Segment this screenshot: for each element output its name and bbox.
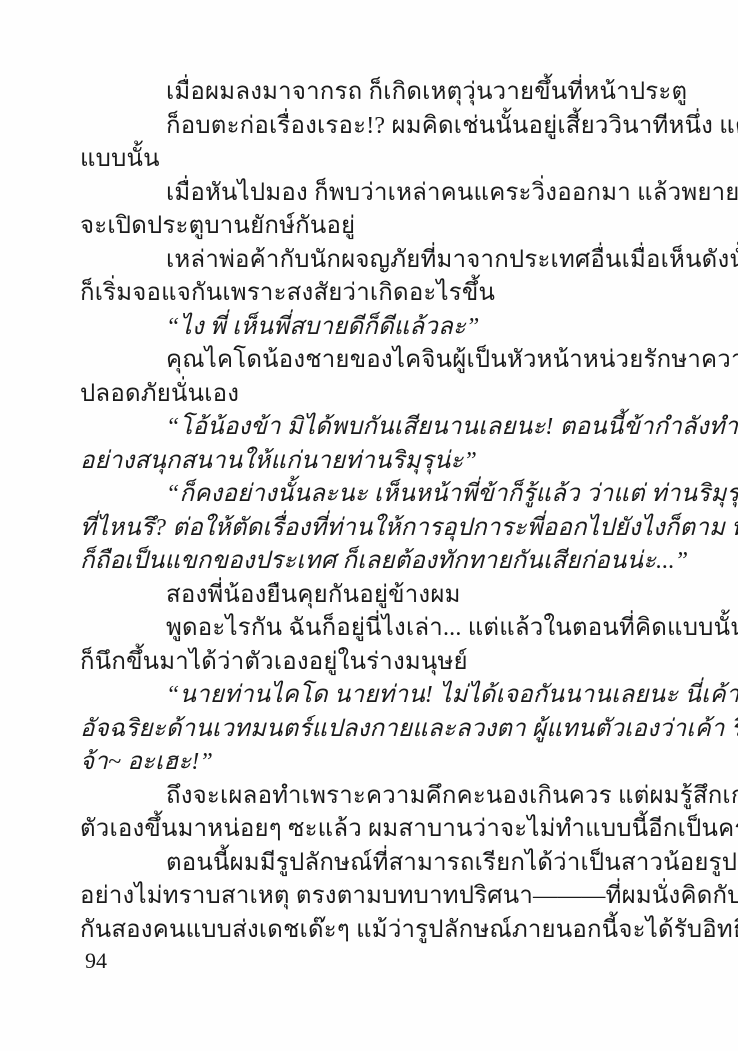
text-line: “นายท่านไคโด นายท่าน! ไม่ได้เจอกันนานเลย… (80, 679, 664, 713)
text-line: ตอนนี้ผมมีรูปลักษณ์ที่สามารถเรียกได้ว่าเ… (80, 847, 664, 881)
text-line: พูดอะไรกัน ฉันก็อยู่นี่ไงเล่า... แต่แล้ว… (80, 612, 664, 646)
text-line: ตัวเองขึ้นมาหน่อยๆ ซะแล้ว ผมสาบานว่าจะไม… (80, 813, 664, 847)
text-line: เมื่อผมลงมาจากรถ ก็เกิดเหตุวุ่นวายขึ้นที… (80, 76, 664, 110)
book-page: เมื่อผมลงมาจากรถ ก็เกิดเหตุวุ่นวายขึ้นที… (0, 0, 738, 1051)
text-line: ก็อบตะก่อเรื่องเรอะ!? ผมคิดเช่นนั้นอยู่เ… (80, 110, 664, 144)
text-line: เหล่าพ่อค้ากับนักผจญภัยที่มาจากประเทศอื่… (80, 244, 664, 278)
text-line: ก็เริ่มจอแจกันเพราะสงสัยว่าเกิดอะไรขึ้น (80, 277, 664, 311)
text-line: ถึงจะเผลอทำเพราะความคึกคะนองเกินควร แต่ผ… (80, 780, 664, 814)
text-line: ก็ถือเป็นแขกของประเทศ ก็เลยต้องทักทายกัน… (80, 545, 664, 579)
text-line: ก็นึกขึ้นมาได้ว่าตัวเองอยู่ในร่างมนุษย์ (80, 646, 664, 680)
text-line: ปลอดภัยนั่นเอง (80, 378, 664, 412)
text-line: กันสองคนแบบส่งเดชเด๊ะๆ แม้ว่ารูปลักษณ์ภา… (80, 914, 664, 948)
text-line: “ก็คงอย่างนั้นละนะ เห็นหน้าพี่ข้าก็รู้แล… (80, 478, 664, 512)
text-line: อย่างไม่ทราบสาเหตุ ตรงตามบทบาทปริศนา———ท… (80, 880, 664, 914)
text-line: แบบนั้น (80, 143, 664, 177)
text-line: อย่างสนุกสนานให้แก่นายท่านริมุรุน่ะ” (80, 445, 664, 479)
text-lines: เมื่อผมลงมาจากรถ ก็เกิดเหตุวุ่นวายขึ้นที… (80, 76, 664, 947)
text-line: อัจฉริยะด้านเวทมนตร์แปลงกายและลวงตา ผู้แ… (80, 713, 664, 747)
text-line: เมื่อหันไปมอง ก็พบว่าเหล่าคนแคระวิ่งออกม… (80, 177, 664, 211)
text-line: จ้า~ อะเฮะ!” (80, 746, 664, 780)
text-line: สองพี่น้องยืนคุยกันอยู่ข้างผม (80, 579, 664, 613)
text-line: คุณไคโดน้องชายของไคจินผู้เป็นหัวหน้าหน่ว… (80, 344, 664, 378)
text-line: ที่ไหนรึ? ต่อให้ตัดเรื่องที่ท่านให้การอุ… (80, 512, 664, 546)
page-number: 94 (85, 948, 107, 974)
text-line: “ไง พี่ เห็นพี่สบายดีก็ดีแล้วละ” (80, 311, 664, 345)
text-line: “โอ้น้องข้า มิได้พบกันเสียนานเลยนะ! ตอนน… (80, 411, 664, 445)
text-line: จะเปิดประตูบานยักษ์กันอยู่ (80, 210, 664, 244)
